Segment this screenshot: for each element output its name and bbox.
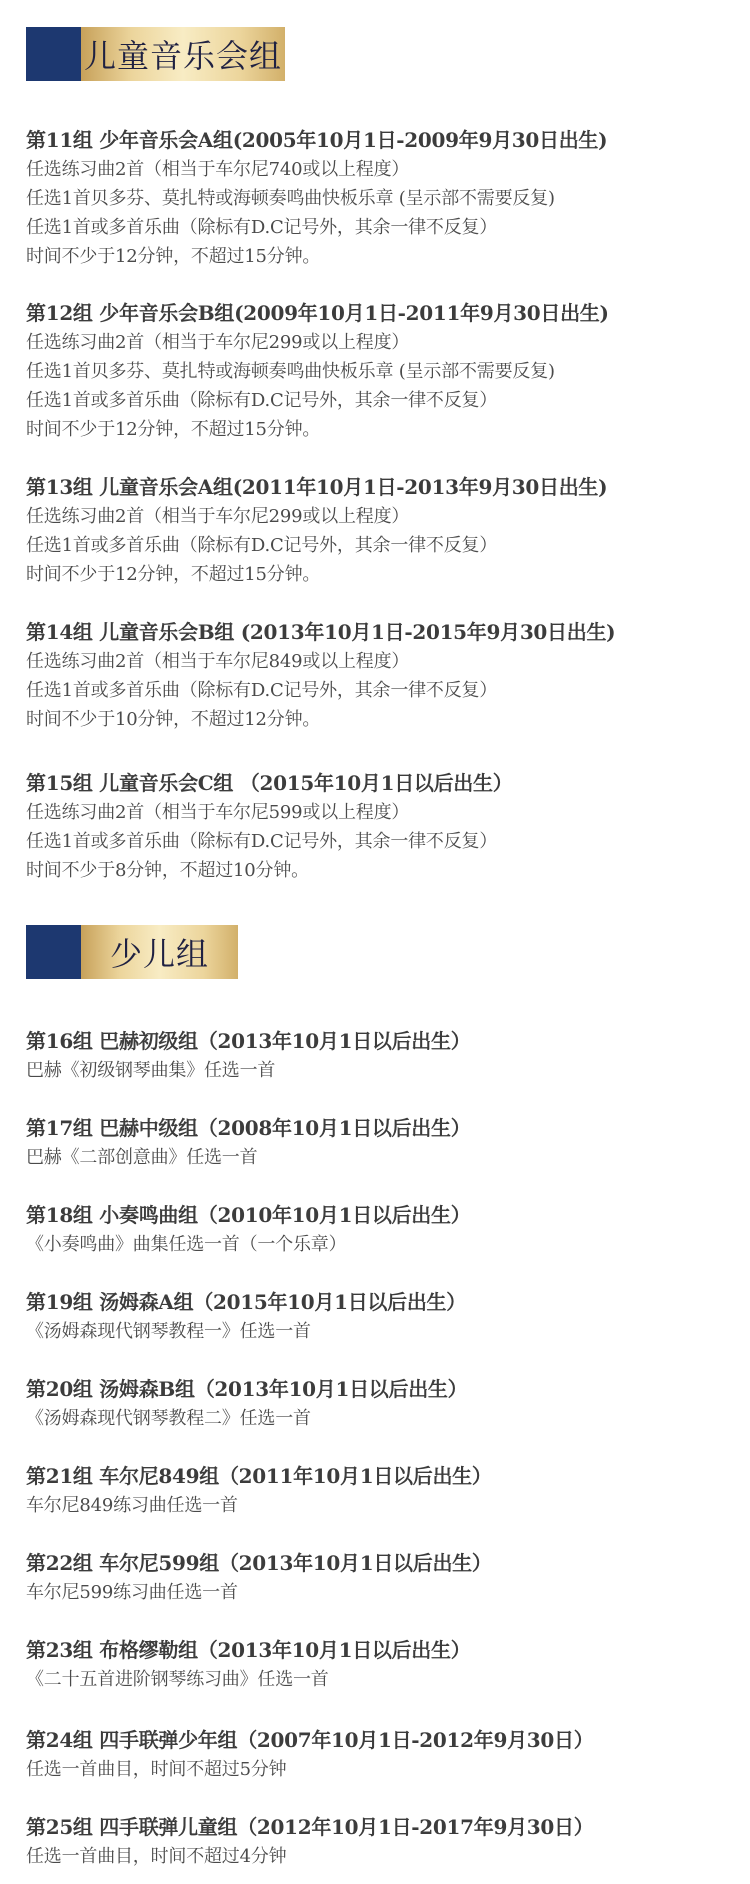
group-item: 第18组 小奏鸣曲组（2010年10月1日以后出生） 《小奏鸣曲》曲集任选一首（… (26, 1201, 740, 1259)
group-item: 第24组 四手联弹少年组（2007年10月1日-2012年9月30日） 任选一首… (26, 1726, 740, 1784)
requirement-line: 任选1首或多首乐曲（除标有D.C记号外，其余一律不反复） (26, 386, 740, 415)
group-title: 第16组 巴赫初级组（2013年10月1日以后出生） (26, 1027, 740, 1056)
group-item: 第25组 四手联弹儿童组（2012年10月1日-2017年9月30日） 任选一首… (26, 1813, 740, 1871)
group-item: 第23组 布格缪勒组（2013年10月1日以后出生） 《二十五首进阶钢琴练习曲》… (26, 1636, 740, 1694)
requirement-line: 车尔尼599练习曲任选一首 (26, 1578, 740, 1607)
requirement-line: 任选一首曲目，时间不超过5分钟 (26, 1755, 740, 1784)
requirement-line: 时间不少于8分钟，不超过10分钟。 (26, 856, 740, 885)
section-header-childrens-concert: 儿童音乐会组 (26, 27, 285, 81)
group-title: 第23组 布格缪勒组（2013年10月1日以后出生） (26, 1636, 740, 1665)
requirement-line: 《二十五首进阶钢琴练习曲》任选一首 (26, 1665, 740, 1694)
group-title: 第14组 儿童音乐会B组 (2013年10月1日-2015年9月30日出生) (26, 618, 740, 647)
requirement-line: 《小奏鸣曲》曲集任选一首（一个乐章） (26, 1230, 740, 1259)
group-title: 第13组 儿童音乐会A组(2011年10月1日-2013年9月30日出生) (26, 473, 740, 502)
requirement-line: 时间不少于12分钟，不超过15分钟。 (26, 560, 740, 589)
requirement-line: 任选1首贝多芬、莫扎特或海顿奏鸣曲快板乐章 (呈示部不需要反复) (26, 184, 740, 213)
group-item: 第13组 儿童音乐会A组(2011年10月1日-2013年9月30日出生) 任选… (26, 473, 740, 589)
group-title: 第11组 少年音乐会A组(2005年10月1日-2009年9月30日出生) (26, 126, 740, 155)
requirement-line: 巴赫《二部创意曲》任选一首 (26, 1143, 740, 1172)
requirement-line: 任选练习曲2首（相当于车尔尼849或以上程度） (26, 647, 740, 676)
group-title: 第17组 巴赫中级组（2008年10月1日以后出生） (26, 1114, 740, 1143)
requirement-line: 任选1首贝多芬、莫扎特或海顿奏鸣曲快板乐章 (呈示部不需要反复) (26, 357, 740, 386)
requirement-line: 《汤姆森现代钢琴教程二》任选一首 (26, 1404, 740, 1433)
requirement-line: 任选一首曲目，时间不超过4分钟 (26, 1842, 740, 1871)
requirement-line: 任选练习曲2首（相当于车尔尼299或以上程度） (26, 328, 740, 357)
requirement-line: 时间不少于12分钟，不超过15分钟。 (26, 415, 740, 444)
group-item: 第12组 少年音乐会B组(2009年10月1日-2011年9月30日出生) 任选… (26, 299, 740, 444)
requirement-line: 任选练习曲2首（相当于车尔尼599或以上程度） (26, 798, 740, 827)
header-gold-banner: 儿童音乐会组 (81, 27, 285, 81)
group-item: 第16组 巴赫初级组（2013年10月1日以后出生） 巴赫《初级钢琴曲集》任选一… (26, 1027, 740, 1085)
requirement-line: 时间不少于12分钟，不超过15分钟。 (26, 242, 740, 271)
group-item: 第11组 少年音乐会A组(2005年10月1日-2009年9月30日出生) 任选… (26, 126, 740, 271)
group-title: 第12组 少年音乐会B组(2009年10月1日-2011年9月30日出生) (26, 299, 740, 328)
requirement-line: 时间不少于10分钟，不超过12分钟。 (26, 705, 740, 734)
section-title: 少儿组 (110, 929, 209, 975)
requirement-line: 任选1首或多首乐曲（除标有D.C记号外，其余一律不反复） (26, 827, 740, 856)
group-item: 第17组 巴赫中级组（2008年10月1日以后出生） 巴赫《二部创意曲》任选一首 (26, 1114, 740, 1172)
group-item: 第19组 汤姆森A组（2015年10月1日以后出生） 《汤姆森现代钢琴教程一》任… (26, 1288, 740, 1346)
group-title: 第21组 车尔尼849组（2011年10月1日以后出生） (26, 1462, 740, 1491)
group-title: 第24组 四手联弹少年组（2007年10月1日-2012年9月30日） (26, 1726, 740, 1755)
group-item: 第20组 汤姆森B组（2013年10月1日以后出生） 《汤姆森现代钢琴教程二》任… (26, 1375, 740, 1433)
header-accent-block (26, 925, 81, 979)
group-item: 第21组 车尔尼849组（2011年10月1日以后出生） 车尔尼849练习曲任选… (26, 1462, 740, 1520)
group-title: 第20组 汤姆森B组（2013年10月1日以后出生） (26, 1375, 740, 1404)
group-item: 第15组 儿童音乐会C组 （2015年10月1日以后出生） 任选练习曲2首（相当… (26, 769, 740, 885)
group-title: 第18组 小奏鸣曲组（2010年10月1日以后出生） (26, 1201, 740, 1230)
group-item: 第22组 车尔尼599组（2013年10月1日以后出生） 车尔尼599练习曲任选… (26, 1549, 740, 1607)
group-title: 第15组 儿童音乐会C组 （2015年10月1日以后出生） (26, 769, 740, 798)
requirement-line: 《汤姆森现代钢琴教程一》任选一首 (26, 1317, 740, 1346)
section-header-youth: 少儿组 (26, 925, 238, 979)
requirement-line: 任选1首或多首乐曲（除标有D.C记号外，其余一律不反复） (26, 531, 740, 560)
requirement-line: 任选练习曲2首（相当于车尔尼299或以上程度） (26, 502, 740, 531)
requirement-line: 任选1首或多首乐曲（除标有D.C记号外，其余一律不反复） (26, 213, 740, 242)
group-title: 第25组 四手联弹儿童组（2012年10月1日-2017年9月30日） (26, 1813, 740, 1842)
header-accent-block (26, 27, 81, 81)
header-gold-banner: 少儿组 (81, 925, 238, 979)
requirement-line: 巴赫《初级钢琴曲集》任选一首 (26, 1056, 740, 1085)
section-title: 儿童音乐会组 (84, 31, 282, 77)
group-title: 第19组 汤姆森A组（2015年10月1日以后出生） (26, 1288, 740, 1317)
group-title: 第22组 车尔尼599组（2013年10月1日以后出生） (26, 1549, 740, 1578)
requirement-line: 任选练习曲2首（相当于车尔尼740或以上程度） (26, 155, 740, 184)
requirement-line: 车尔尼849练习曲任选一首 (26, 1491, 740, 1520)
group-item: 第14组 儿童音乐会B组 (2013年10月1日-2015年9月30日出生) 任… (26, 618, 740, 734)
requirement-line: 任选1首或多首乐曲（除标有D.C记号外，其余一律不反复） (26, 676, 740, 705)
